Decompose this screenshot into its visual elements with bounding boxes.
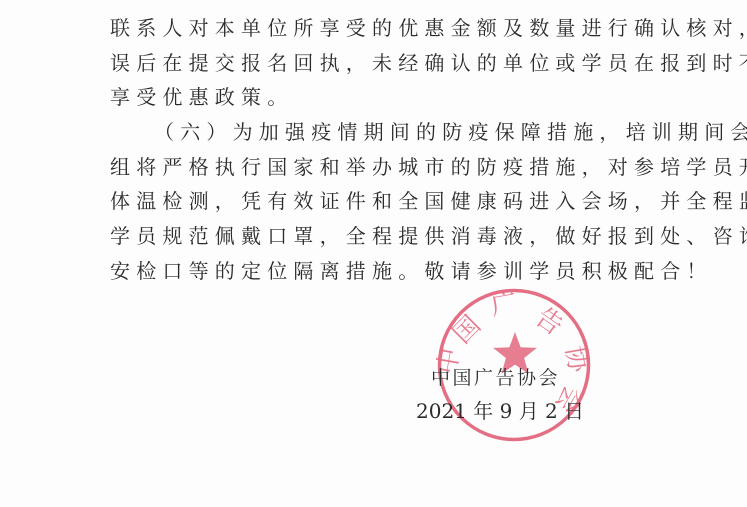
signature-date: 2021 年 9 月 2 日 <box>416 395 584 424</box>
paragraph-line: 体温检测，凭有效证件和全国健康码进入会场，并全程监督 <box>110 184 650 219</box>
paragraph-line: 享受优惠政策。 <box>110 80 650 115</box>
paragraph-line: 联系人对本单位所享受的优惠金额及数量进行确认核对，无 <box>110 11 650 46</box>
paragraph-line: 学员规范佩戴口罩，全程提供消毒液，做好报到处、咨询处、 <box>110 219 650 254</box>
document-page: 联系人对本单位所享受的优惠金额及数量进行确认核对，无 误后在提交报名回执，未经确… <box>0 0 747 507</box>
seal-char: 国 <box>447 310 487 350</box>
signature-organization: 中国广告协会 <box>431 363 560 390</box>
paragraph-line: 误后在提交报名回执，未经确认的单位或学员在报到时不能 <box>110 46 650 81</box>
paragraph-line: 组将严格执行国家和举办城市的防疫措施，对参培学员开展 <box>110 150 650 185</box>
paragraph-line: 安检口等的定位隔离措施。敬请参训学员积极配合！ <box>110 254 650 289</box>
paragraph-line: （六）为加强疫情期间的防疫保障措施，培训期间会务 <box>110 115 650 150</box>
seal-char: 广 <box>489 288 520 322</box>
document-body: 联系人对本单位所享受的优惠金额及数量进行确认核对，无 误后在提交报名回执，未经确… <box>110 11 650 289</box>
